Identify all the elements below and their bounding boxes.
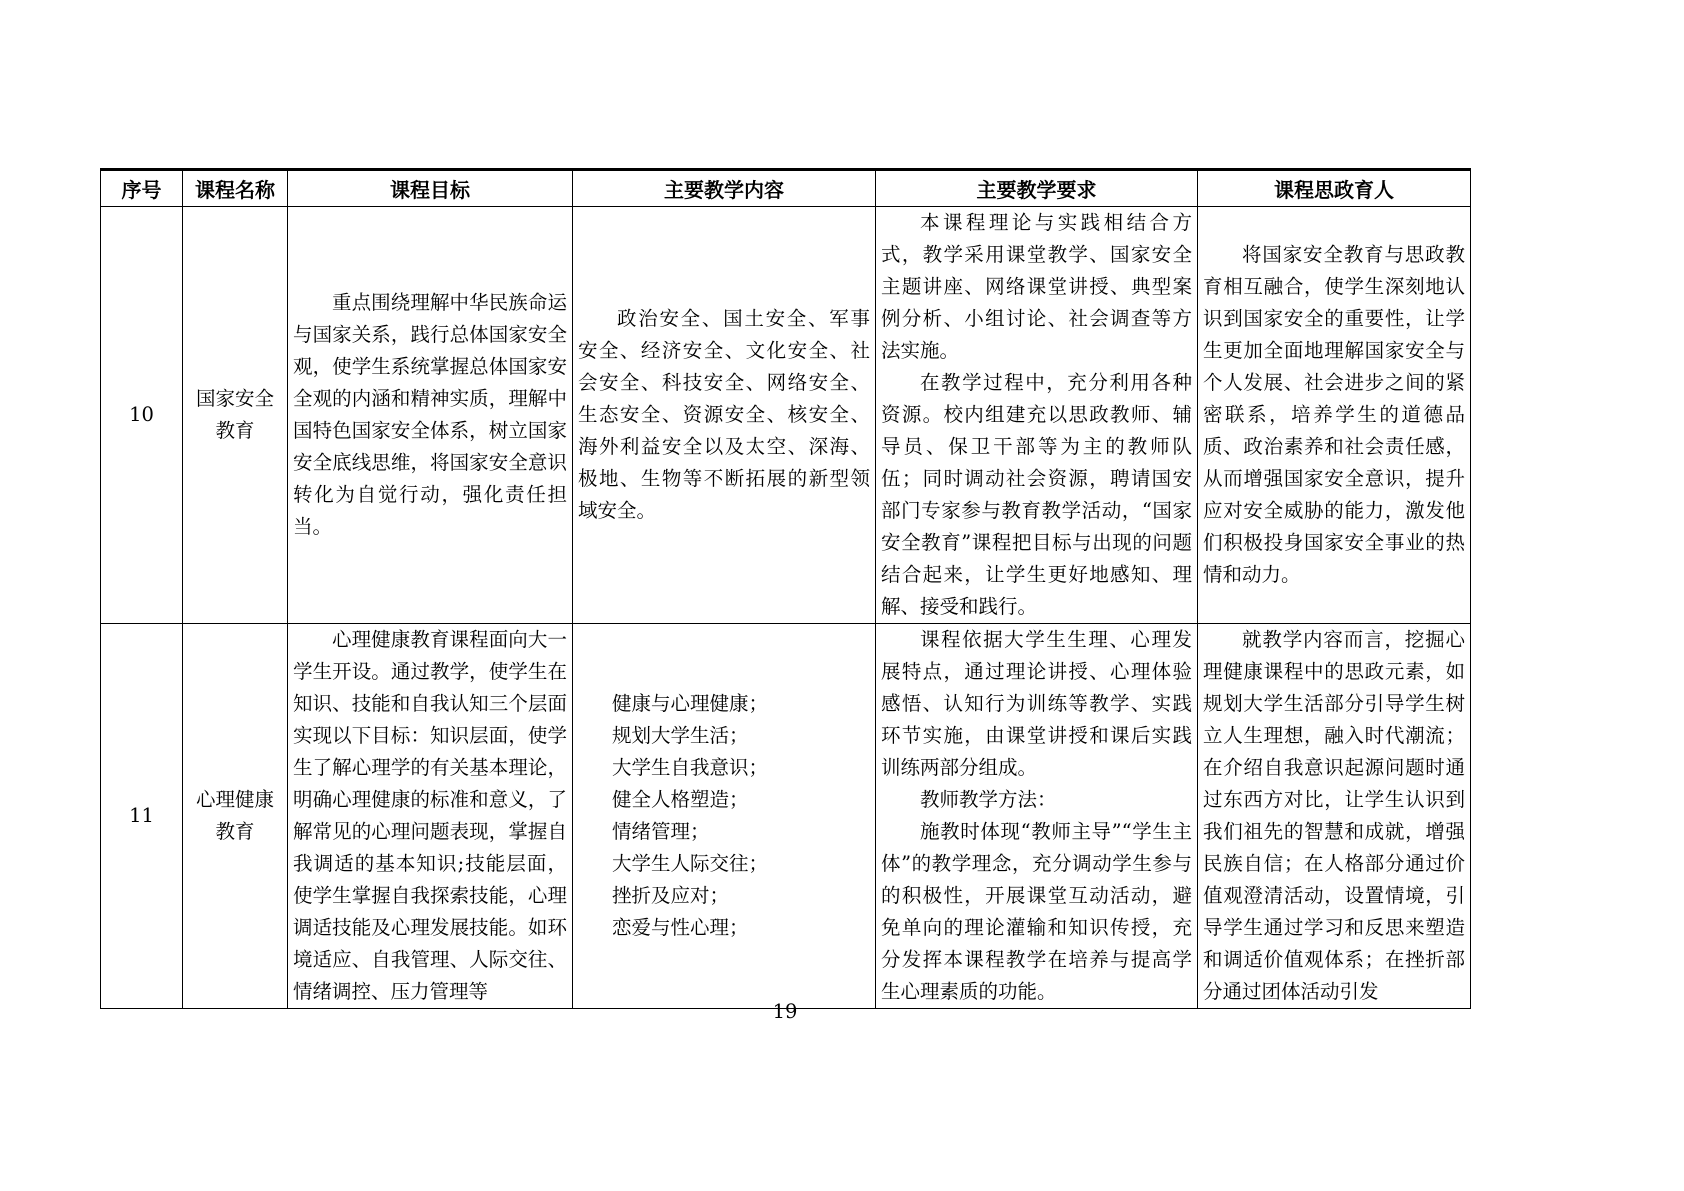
cell-content: 健康与心理健康； 规划大学生活； 大学生自我意识； 健全人格塑造； 情绪管理； … — [573, 624, 876, 1009]
content-topic-list: 健康与心理健康； 规划大学生活； 大学生自我意识； 健全人格塑造； 情绪管理； … — [578, 688, 870, 944]
content-topic: 挫折及应对； — [612, 880, 870, 912]
objectives-paragraph: 重点围绕理解中华民族命运与国家关系，践行总体国家安全观，使学生系统掌握总体国家安… — [293, 287, 567, 543]
header-seq: 序号 — [101, 170, 183, 207]
cell-ideology: 就教学内容而言，挖掘心理健康课程中的思政元素，如规划大学生活部分引导学生树立人生… — [1198, 624, 1471, 1009]
cell-requirements: 本课程理论与实践相结合方式，教学采用课堂教学、国家安全主题讲座、网络课堂讲授、典… — [876, 207, 1198, 624]
header-course-name: 课程名称 — [183, 170, 288, 207]
table-header-row: 序号 课程名称 课程目标 主要教学内容 主要教学要求 课程思政育人 — [101, 170, 1471, 207]
content-topic: 大学生人际交往； — [612, 848, 870, 880]
page-number: 19 — [100, 1000, 1470, 1023]
content-topic: 规划大学生活； — [612, 720, 870, 752]
cell-seq: 11 — [101, 624, 183, 1009]
table-row-10: 10 国家安全教育 重点围绕理解中华民族命运与国家关系，践行总体国家安全观，使学… — [101, 207, 1471, 624]
content-topic: 情绪管理； — [612, 816, 870, 848]
cell-objectives: 心理健康教育课程面向大一学生开设。通过教学，使学生在知识、技能和自我认知三个层面… — [288, 624, 573, 1009]
cell-ideology: 将国家安全教育与思政教育相互融合，使学生深刻地认识到国家安全的重要性，让学生更加… — [1198, 207, 1471, 624]
content-topic: 健康与心理健康； — [612, 688, 870, 720]
content-topic: 恋爱与性心理； — [612, 912, 870, 944]
requirements-paragraph: 课程依据大学生生理、心理发展特点，通过理论讲授、心理体验感悟、认知行为训练等教学… — [881, 624, 1192, 784]
cell-course-name: 心理健康教育 — [183, 624, 288, 1009]
cell-objectives: 重点围绕理解中华民族命运与国家关系，践行总体国家安全观，使学生系统掌握总体国家安… — [288, 207, 573, 624]
content-paragraph: 政治安全、国土安全、军事安全、经济安全、文化安全、社会安全、科技安全、网络安全、… — [578, 303, 870, 527]
content-topic: 大学生自我意识； — [612, 752, 870, 784]
cell-seq: 10 — [101, 207, 183, 624]
cell-requirements: 课程依据大学生生理、心理发展特点，通过理论讲授、心理体验感悟、认知行为训练等教学… — [876, 624, 1198, 1009]
cell-course-name: 国家安全教育 — [183, 207, 288, 624]
requirements-paragraph: 本课程理论与实践相结合方式，教学采用课堂教学、国家安全主题讲座、网络课堂讲授、典… — [881, 207, 1192, 367]
course-table: 序号 课程名称 课程目标 主要教学内容 主要教学要求 课程思政育人 10 国家安… — [100, 168, 1471, 1009]
requirements-paragraph: 在教学过程中，充分利用各种资源。校内组建充以思政教师、辅导员、保卫干部等为主的教… — [881, 367, 1192, 623]
header-ideology: 课程思政育人 — [1198, 170, 1471, 207]
objectives-paragraph: 心理健康教育课程面向大一学生开设。通过教学，使学生在知识、技能和自我认知三个层面… — [293, 624, 567, 1008]
cell-content: 政治安全、国土安全、军事安全、经济安全、文化安全、社会安全、科技安全、网络安全、… — [573, 207, 876, 624]
requirements-paragraph: 教师教学方法： — [881, 784, 1192, 816]
table-row-11: 11 心理健康教育 心理健康教育课程面向大一学生开设。通过教学，使学生在知识、技… — [101, 624, 1471, 1009]
content-topic: 健全人格塑造； — [612, 784, 870, 816]
requirements-paragraph: 施教时体现“教师主导”“学生主体”的教学理念，充分调动学生参与的积极性，开展课堂… — [881, 816, 1192, 1008]
header-requirements: 主要教学要求 — [876, 170, 1198, 207]
ideology-paragraph: 将国家安全教育与思政教育相互融合，使学生深刻地认识到国家安全的重要性，让学生更加… — [1203, 239, 1465, 591]
header-content: 主要教学内容 — [573, 170, 876, 207]
header-objectives: 课程目标 — [288, 170, 573, 207]
ideology-paragraph: 就教学内容而言，挖掘心理健康课程中的思政元素，如规划大学生活部分引导学生树立人生… — [1203, 624, 1465, 1008]
